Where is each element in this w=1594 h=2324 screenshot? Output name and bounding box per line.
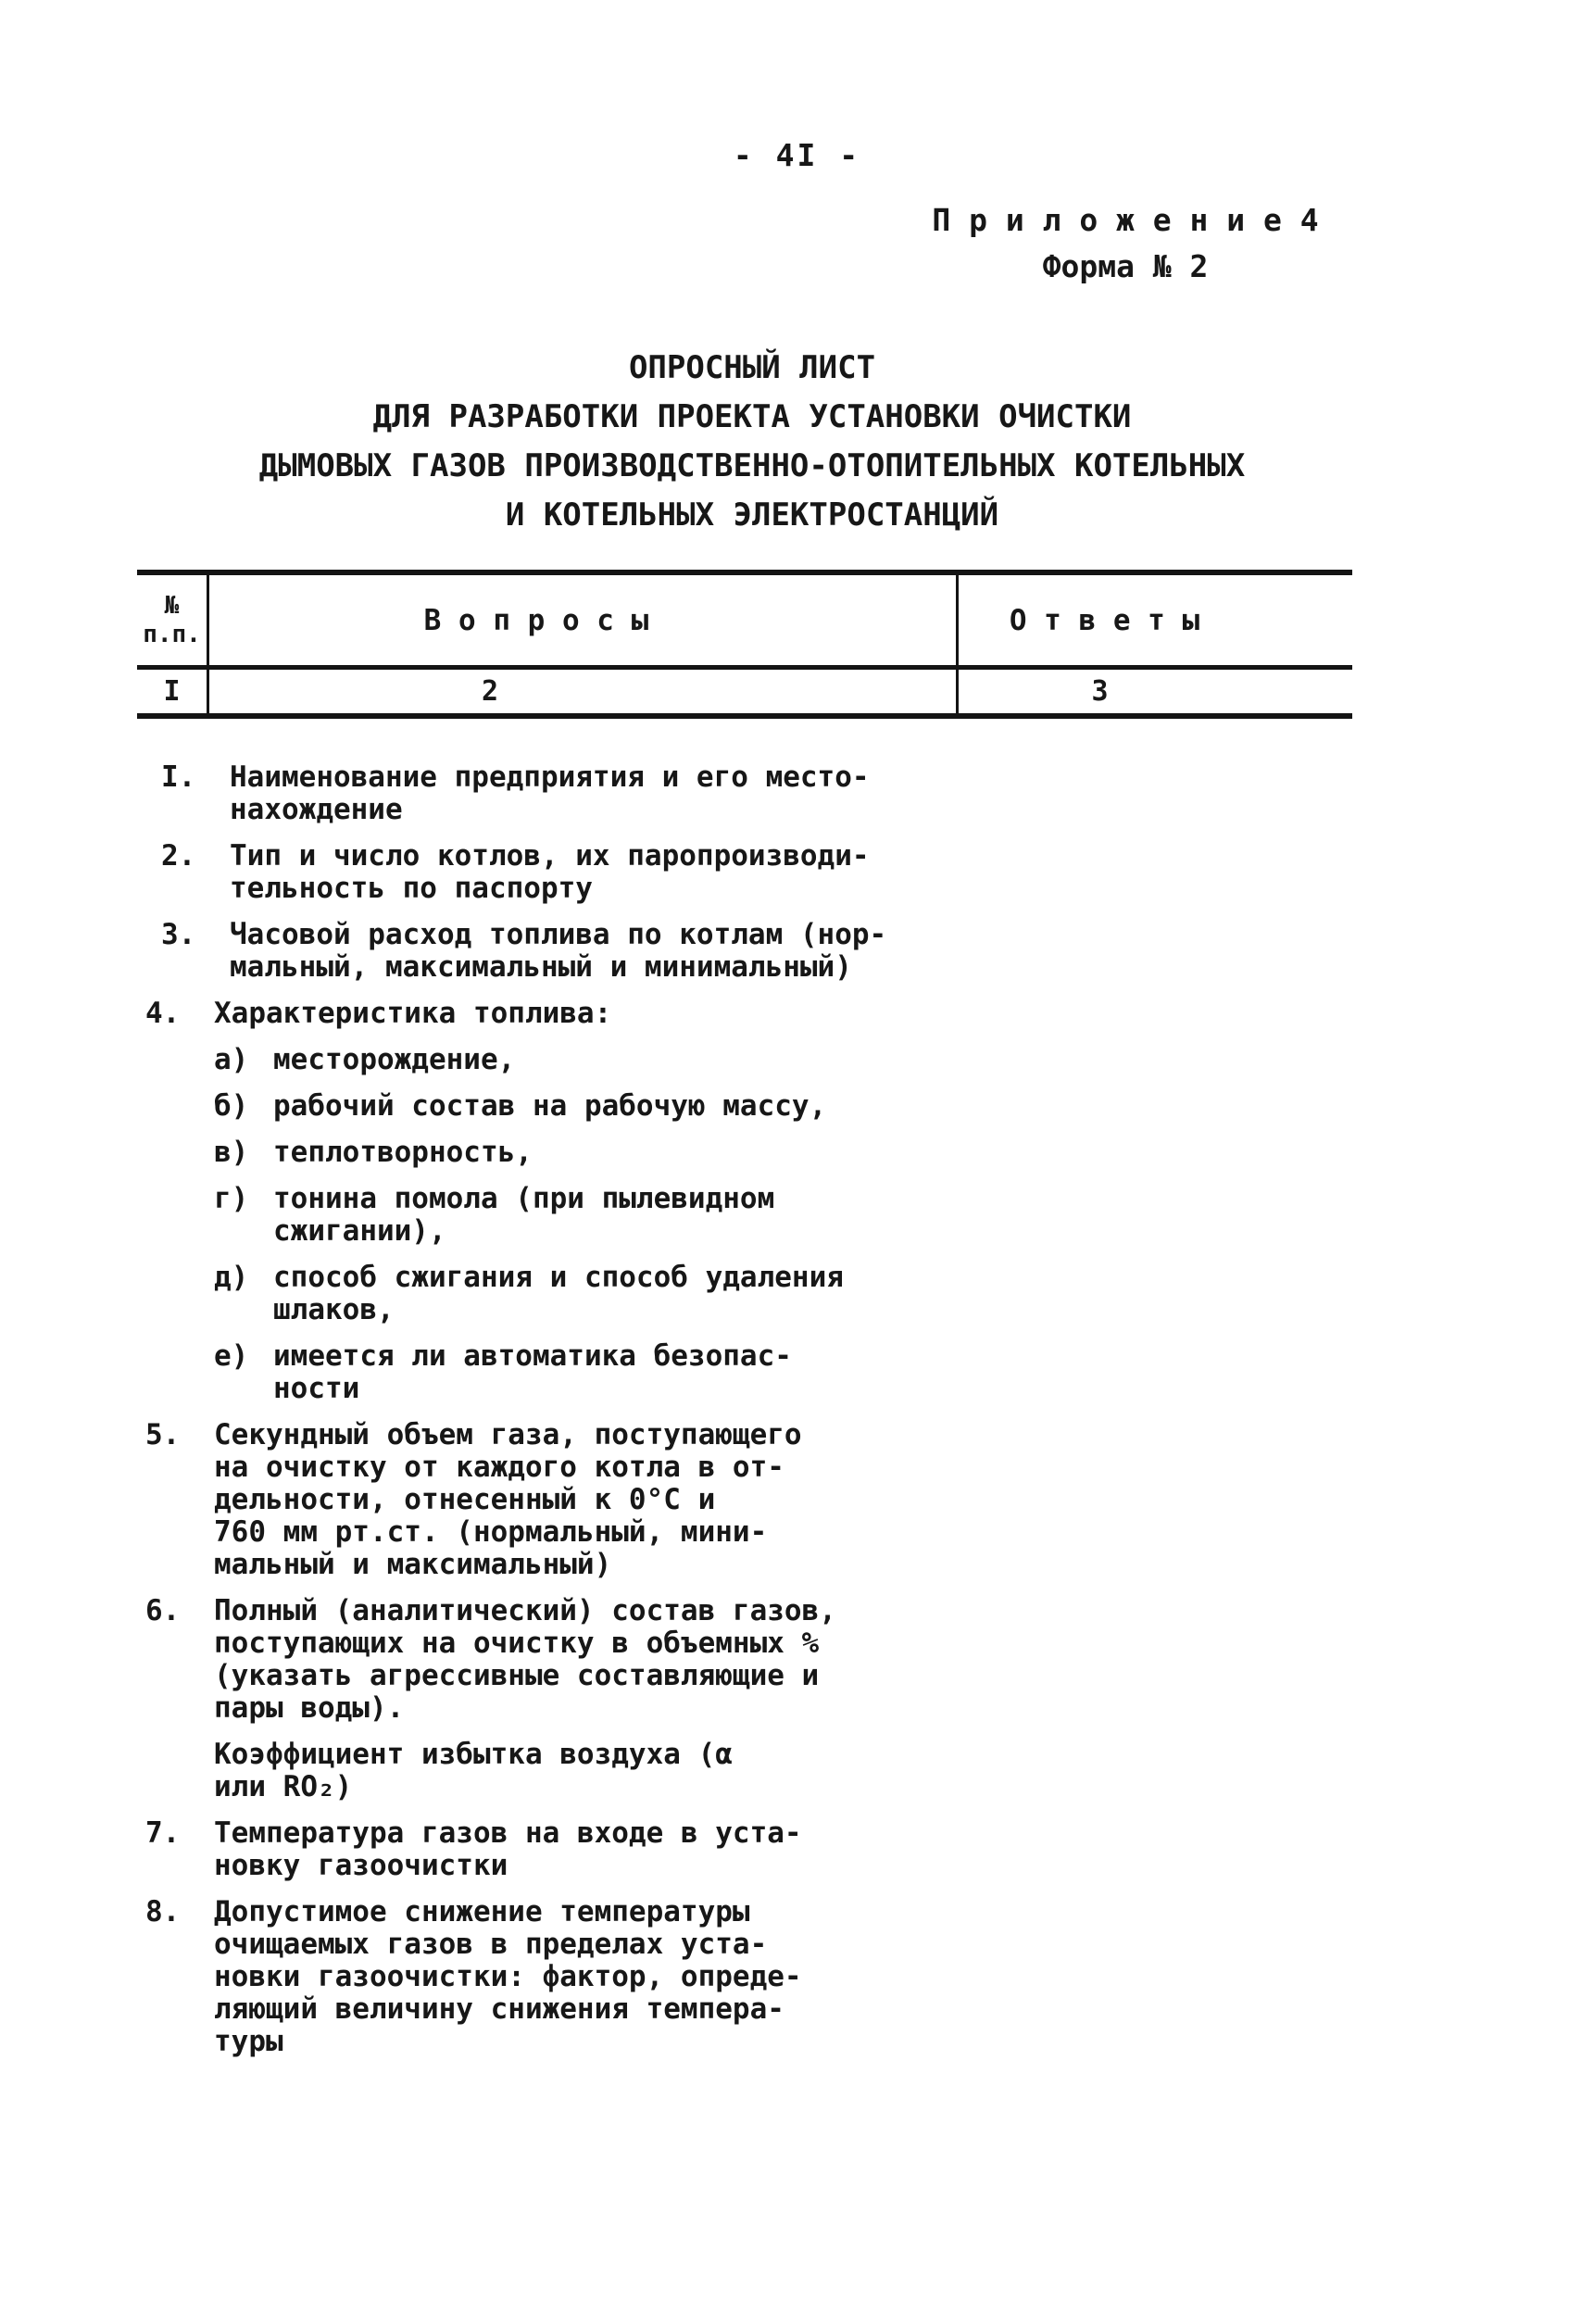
question-item: 6.Полный (аналитический) состав газов,по… (0, 1595, 1594, 1725)
item-number-header-line1: № (137, 592, 207, 621)
annex-label: П р и л о ж е н и е 4 (912, 197, 1338, 244)
item-number: а) (214, 1044, 273, 1076)
item-text-line: Секундный объем газа, поступающего (214, 1419, 802, 1451)
item-text-line: мальный, максимальный и минимальный) (230, 951, 886, 984)
item-text-line: на очистку от каждого котла в от- (214, 1451, 802, 1484)
item-number: в) (214, 1137, 273, 1169)
item-text-line: месторождение, (273, 1044, 515, 1076)
item-number: 6. (145, 1595, 214, 1725)
question-item: 7.Температура газов на входе в уста-новк… (0, 1817, 1594, 1882)
item-text: Коэффициент избытка воздуха (αили RO₂) (214, 1739, 733, 1803)
title-line: ДЛЯ РАЗРАБОТКИ ПРОЕКТА УСТАНОВКИ ОЧИСТКИ (243, 393, 1261, 442)
item-number: 5. (145, 1419, 214, 1581)
question-paragraph: Коэффициент избытка воздуха (αили RO₂) (0, 1739, 1594, 1803)
item-text-line: мальный и максимальный) (214, 1549, 802, 1581)
question-list: I.Наименование предприятия и его место-н… (0, 761, 1594, 2058)
item-number: 2. (161, 840, 230, 905)
item-text-line: тонина помола (при пылевидном (273, 1183, 774, 1215)
item-text-line: Допустимое снижение температуры (214, 1896, 802, 1928)
question-subitem: в)теплотворность, (0, 1137, 1594, 1169)
document-title: ОПРОСНЫЙ ЛИСТДЛЯ РАЗРАБОТКИ ПРОЕКТА УСТА… (243, 344, 1261, 540)
item-text-line: теплотворность, (273, 1137, 533, 1169)
page-number: - 4I - (0, 0, 1594, 173)
question-subitem: б)рабочий состав на рабочую массу, (0, 1090, 1594, 1123)
item-text: Температура газов на входе в уста-новку … (214, 1817, 802, 1882)
item-text: Секундный объем газа, поступающегона очи… (214, 1419, 802, 1581)
question-item: 5.Секундный объем газа, поступающегона о… (0, 1419, 1594, 1581)
question-subitem: а)месторождение, (0, 1044, 1594, 1076)
item-text-line: Полный (аналитический) состав газов, (214, 1595, 836, 1627)
question-item: 4.Характеристика топлива: (0, 998, 1594, 1030)
item-text-line: ности (273, 1373, 792, 1405)
table-column-number-row: I 2 3 (137, 670, 1352, 713)
item-text: месторождение, (273, 1044, 515, 1076)
title-line: ДЫМОВЫХ ГАЗОВ ПРОИЗВОДСТВЕННО-ОТОПИТЕЛЬН… (243, 442, 1261, 491)
item-text-line: тельность по паспорту (230, 873, 870, 905)
col-header-answers: О т в е т ы (959, 575, 1352, 665)
item-text-line: Температура газов на входе в уста- (214, 1817, 802, 1850)
item-text-line: имеется ли автоматика безопас- (273, 1340, 792, 1373)
table-header-row: № п.п. В о п р о с ы О т в е т ы (137, 575, 1352, 670)
column-number-3: 3 (959, 670, 1352, 713)
item-text-line: сжигании), (273, 1215, 774, 1248)
item-text-line: новку газоочистки (214, 1850, 802, 1882)
item-text-line: нахождение (230, 794, 870, 826)
item-text-line: туры (214, 2026, 802, 2058)
item-text-line: Характеристика топлива: (214, 998, 611, 1030)
item-text-line: Наименование предприятия и его место- (230, 761, 870, 794)
item-text-line: новки газоочистки: фактор, опреде- (214, 1961, 802, 1993)
item-text: Тип и число котлов, их паропроизводи-тел… (230, 840, 870, 905)
item-text: Наименование предприятия и его место-нах… (230, 761, 870, 826)
item-text: Часовой расход топлива по котлам (нор-ма… (230, 919, 886, 984)
item-text-line: или RO₂) (214, 1771, 733, 1803)
item-text: теплотворность, (273, 1137, 533, 1169)
item-number: 4. (145, 998, 214, 1030)
item-number: 3. (161, 919, 230, 984)
item-text-line: рабочий состав на рабочую массу, (273, 1090, 826, 1123)
item-text-line: (указать агрессивные составляющие и (214, 1660, 836, 1692)
item-number-header-line2: п.п. (137, 621, 207, 649)
title-line: И КОТЕЛЬНЫХ ЭЛЕКТРОСТАНЦИЙ (243, 491, 1261, 540)
item-number: д) (214, 1262, 273, 1326)
col-header-item-number: № п.п. (137, 575, 209, 665)
item-text: Характеристика топлива: (214, 998, 611, 1030)
item-text-line: ляющий величину снижения темпера- (214, 1993, 802, 2026)
item-number: г) (214, 1183, 273, 1248)
question-subitem: г)тонина помола (при пылевидномсжигании)… (0, 1183, 1594, 1248)
question-item: 2.Тип и число котлов, их паропроизводи-т… (0, 840, 1594, 905)
form-number-label: Форма № 2 (912, 244, 1338, 290)
item-text: Допустимое снижение температурыочищаемых… (214, 1896, 802, 2058)
item-text-line: Коэффициент избытка воздуха (α (214, 1739, 733, 1771)
column-number-2: 2 (209, 670, 959, 713)
item-text-line: пары воды). (214, 1692, 836, 1725)
item-number: е) (214, 1340, 273, 1405)
item-text: рабочий состав на рабочую массу, (273, 1090, 826, 1123)
item-text: тонина помола (при пылевидномсжигании), (273, 1183, 774, 1248)
item-text-line: поступающих на очистку в объемных % (214, 1627, 836, 1660)
question-item: 8.Допустимое снижение температурыочищаем… (0, 1896, 1594, 2058)
item-number: 8. (145, 1896, 214, 2058)
item-text-line: 760 мм рт.ст. (нормальный, мини- (214, 1516, 802, 1549)
question-subitem: д)способ сжигания и способ удаленияшлако… (0, 1262, 1594, 1326)
item-text-line: очищаемых газов в пределах уста- (214, 1928, 802, 1961)
scanned-document-page: - 4I - П р и л о ж е н и е 4 Форма № 2 О… (0, 0, 1594, 2324)
question-item: I.Наименование предприятия и его место-н… (0, 761, 1594, 826)
item-number: 7. (145, 1817, 214, 1882)
item-text-line: шлаков, (273, 1294, 844, 1326)
title-line: ОПРОСНЫЙ ЛИСТ (243, 344, 1261, 393)
item-text: способ сжигания и способ удаленияшлаков, (273, 1262, 844, 1326)
questionnaire-table: № п.п. В о п р о с ы О т в е т ы I 2 3 (137, 570, 1352, 719)
question-subitem: е)имеется ли автоматика безопас-ности (0, 1340, 1594, 1405)
item-number: I. (161, 761, 230, 826)
col-header-questions: В о п р о с ы (209, 575, 959, 665)
item-text-line: Часовой расход топлива по котлам (нор- (230, 919, 886, 951)
item-text: Полный (аналитический) состав газов,пост… (214, 1595, 836, 1725)
question-item: 3.Часовой расход топлива по котлам (нор-… (0, 919, 1594, 984)
item-text-line: способ сжигания и способ удаления (273, 1262, 844, 1294)
item-text-line: дельности, отнесенный к 0°С и (214, 1484, 802, 1516)
item-text-line: Тип и число котлов, их паропроизводи- (230, 840, 870, 873)
item-number: б) (214, 1090, 273, 1123)
annex-block: П р и л о ж е н и е 4 Форма № 2 (912, 197, 1338, 290)
column-number-1: I (137, 670, 209, 713)
item-text: имеется ли автоматика безопас-ности (273, 1340, 792, 1405)
